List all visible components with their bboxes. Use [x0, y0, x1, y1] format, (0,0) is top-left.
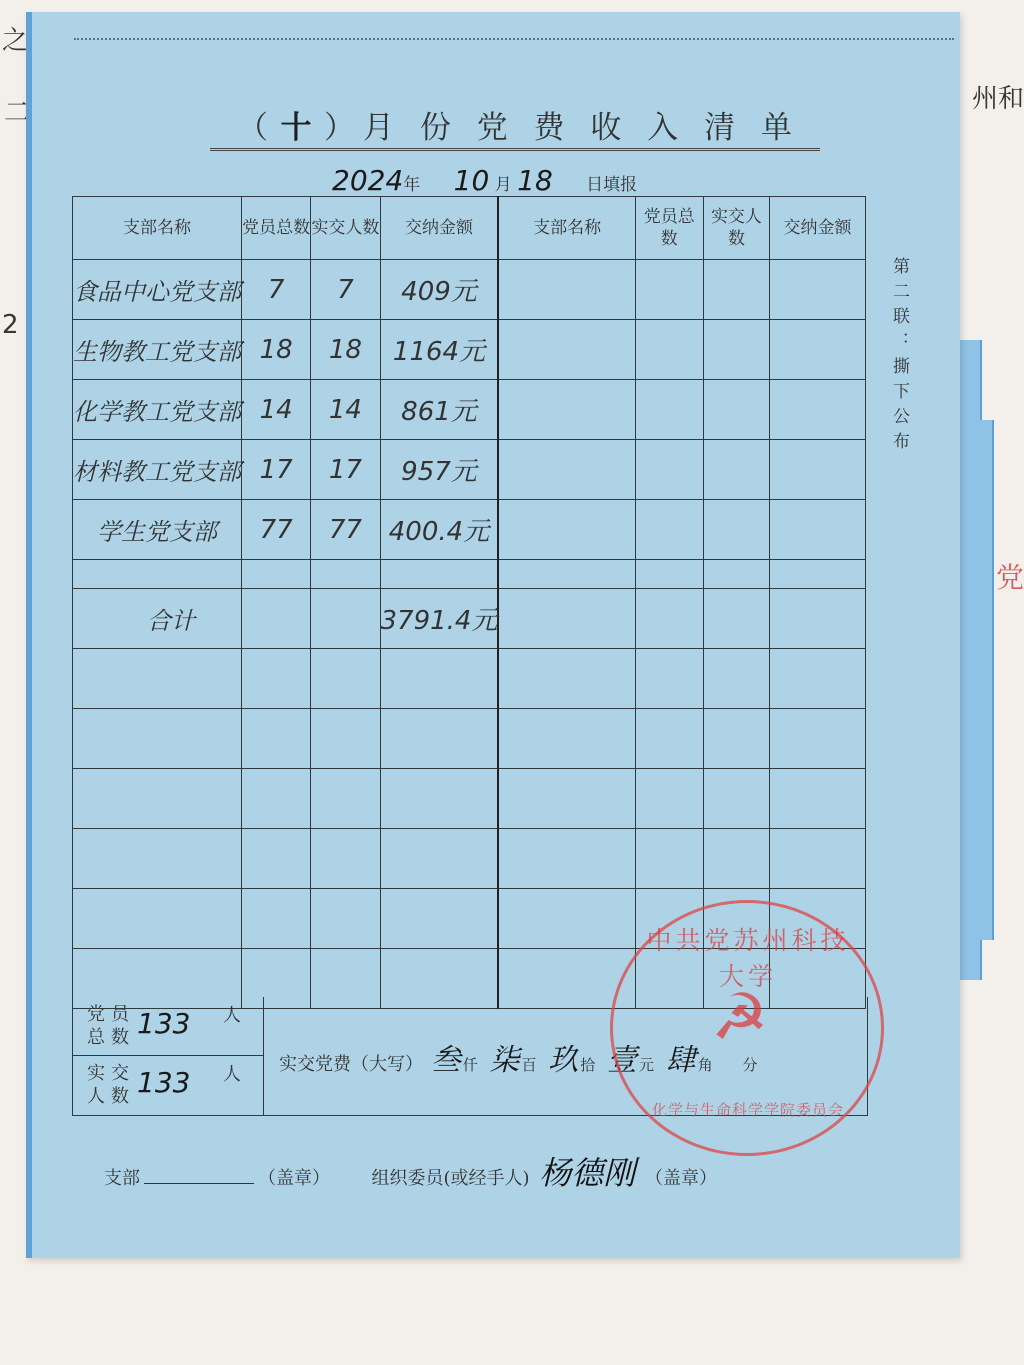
empty-cell — [770, 829, 866, 889]
member-total-value: 133 — [137, 1007, 190, 1040]
summary-box: 党员总数 133 人 实交人数 133 人 实交党费（大写） 叁仟 柒百 玖拾 … — [72, 997, 868, 1116]
empty-cell — [635, 769, 703, 829]
summary-member-total: 党员总数 133 人 — [73, 997, 263, 1056]
empty-cell — [770, 889, 866, 949]
amount-digit: 壹 — [607, 1043, 637, 1078]
table-row — [73, 649, 866, 709]
signature: 杨德刚 — [539, 1154, 635, 1192]
row-paid: 14 — [311, 380, 380, 440]
form-title: （十）月 份 党 费 收 入 清 单 — [237, 102, 800, 147]
empty-cell — [770, 589, 866, 649]
row-total: 18 — [242, 320, 311, 380]
header-member-total-right: 党员总数 — [635, 197, 703, 260]
table-row: 食品中心党支部 7 7 409元 — [73, 260, 866, 320]
empty-cell — [703, 260, 769, 320]
empty-cell — [498, 560, 635, 589]
summary-counts: 党员总数 133 人 实交人数 133 人 — [73, 997, 264, 1115]
row-total: 77 — [242, 500, 311, 560]
empty-cell — [770, 380, 866, 440]
header-branch-name-right: 支部名称 — [498, 197, 635, 260]
empty-cell — [635, 560, 703, 589]
branch-blank-line — [144, 1167, 254, 1184]
empty-cell — [498, 320, 635, 380]
empty-cell — [770, 320, 866, 380]
row-paid: 7 — [311, 260, 380, 320]
header-branch-name: 支部名称 — [73, 197, 242, 260]
perforation-line — [74, 38, 954, 40]
member-total-unit: 人 — [223, 1001, 241, 1027]
empty-cell — [73, 829, 242, 889]
empty-cell — [498, 889, 635, 949]
total-label: 合计 — [73, 589, 242, 649]
table-row: 生物教工党支部 18 18 1164元 — [73, 320, 866, 380]
empty-cell — [311, 589, 380, 649]
paid-count-label: 实交人数 — [87, 1062, 135, 1108]
empty-cell — [703, 829, 769, 889]
empty-cell — [703, 649, 769, 709]
row-total: 7 — [242, 260, 311, 320]
empty-cell — [770, 500, 866, 560]
empty-cell — [703, 440, 769, 500]
empty-cell — [770, 440, 866, 500]
fill-date: 2024年 10 月 18 日填报 — [332, 164, 637, 197]
row-paid: 18 — [311, 320, 380, 380]
total-amount: 3791.4元 — [380, 589, 498, 649]
empty-cell — [770, 649, 866, 709]
row-amount: 409元 — [380, 260, 498, 320]
empty-cell — [380, 560, 498, 589]
branch-label: 支部 — [104, 1168, 140, 1189]
row-branch: 学生党支部 — [73, 500, 242, 560]
total-row: 合计 3791.4元 — [73, 589, 866, 649]
empty-cell — [311, 649, 380, 709]
empty-cell — [770, 769, 866, 829]
form-footer: 支部（盖章） 组织委员(或经手人) 杨德刚 （盖章） — [104, 1148, 717, 1194]
empty-cell — [73, 709, 242, 769]
empty-cell — [498, 709, 635, 769]
empty-cell — [703, 500, 769, 560]
background-note-right: 州和 — [972, 78, 1024, 115]
table-row — [73, 889, 866, 949]
copy-label: 第二联：撕下公布 — [882, 257, 912, 457]
header-amount: 交纳金额 — [380, 197, 498, 260]
empty-cell — [703, 320, 769, 380]
row-paid: 17 — [311, 440, 380, 500]
row-paid: 77 — [311, 500, 380, 560]
empty-cell — [311, 709, 380, 769]
table-row: 材料教工党支部 17 17 957元 — [73, 440, 866, 500]
row-branch: 材料教工党支部 — [73, 440, 242, 500]
empty-cell — [703, 709, 769, 769]
header-amount-right: 交纳金额 — [770, 197, 866, 260]
empty-cell — [73, 649, 242, 709]
empty-cell — [770, 260, 866, 320]
date-month-label: 月 — [495, 175, 512, 195]
empty-cell — [242, 589, 311, 649]
empty-cell — [635, 889, 703, 949]
empty-cell — [380, 709, 498, 769]
empty-cell — [311, 829, 380, 889]
empty-cell — [498, 589, 635, 649]
empty-cell — [635, 589, 703, 649]
row-branch: 食品中心党支部 — [73, 260, 242, 320]
empty-cell — [635, 500, 703, 560]
empty-cell — [635, 440, 703, 500]
amount-unit: 元 — [639, 1056, 654, 1074]
empty-cell — [242, 709, 311, 769]
empty-cell — [703, 380, 769, 440]
table-row: 化学教工党支部 14 14 861元 — [73, 380, 866, 440]
committee-seal-label: （盖章） — [645, 1168, 717, 1189]
row-total: 14 — [242, 380, 311, 440]
background-note-left-1: 之 — [2, 20, 28, 57]
title-month-handwritten: 十 — [276, 102, 324, 147]
date-year: 2024 — [332, 164, 403, 197]
amount-unit: 分 — [742, 1056, 757, 1074]
empty-cell — [635, 829, 703, 889]
header-paid-count-right: 实交人数 — [703, 197, 769, 260]
amount-unit: 百 — [521, 1056, 536, 1074]
empty-cell — [311, 769, 380, 829]
title-suffix: ）月 份 党 费 收 入 清 单 — [324, 110, 800, 146]
empty-cell — [635, 709, 703, 769]
date-year-label: 年 — [403, 175, 420, 195]
date-month: 10 — [454, 164, 490, 197]
amount-in-words: 实交党费（大写） 叁仟 柒百 玖拾 壹元 肆角 分 — [279, 1035, 762, 1079]
empty-cell — [498, 769, 635, 829]
empty-cell — [311, 889, 380, 949]
amount-digit: 叁 — [431, 1043, 461, 1078]
row-amount: 1164元 — [380, 320, 498, 380]
empty-cell — [498, 440, 635, 500]
empty-cell — [73, 560, 242, 589]
empty-cell — [498, 260, 635, 320]
background-note-left-3: 2 — [2, 310, 19, 340]
table-header-row: 支部名称 党员总数 实交人数 交纳金额 支部名称 党员总数 实交人数 交纳金额 — [73, 197, 866, 260]
background-stamp-fragment: 党 — [996, 556, 1024, 596]
empty-cell — [242, 769, 311, 829]
amount-unit: 仟 — [463, 1056, 478, 1074]
table-row — [73, 769, 866, 829]
summary-paid-count: 实交人数 133 人 — [73, 1056, 263, 1114]
empty-cell — [635, 649, 703, 709]
empty-cell — [770, 560, 866, 589]
empty-cell — [635, 260, 703, 320]
amount-words-label: 实交党费（大写） — [279, 1054, 423, 1075]
header-member-total: 党员总数 — [242, 197, 311, 260]
empty-cell — [242, 829, 311, 889]
empty-cell — [635, 320, 703, 380]
empty-cell — [242, 560, 311, 589]
row-total: 17 — [242, 440, 311, 500]
title-underline — [210, 148, 820, 151]
title-prefix: （ — [237, 110, 276, 146]
empty-cell — [380, 829, 498, 889]
paid-count-unit: 人 — [223, 1060, 241, 1086]
row-amount: 861元 — [380, 380, 498, 440]
dues-table: 支部名称 党员总数 实交人数 交纳金额 支部名称 党员总数 实交人数 交纳金额 … — [72, 196, 866, 1009]
empty-cell — [703, 769, 769, 829]
empty-cell — [242, 649, 311, 709]
row-amount: 400.4元 — [380, 500, 498, 560]
date-day-label: 日填报 — [586, 175, 637, 195]
table-row: 学生党支部 77 77 400.4元 — [73, 500, 866, 560]
table-row — [73, 709, 866, 769]
empty-cell — [703, 560, 769, 589]
row-branch: 生物教工党支部 — [73, 320, 242, 380]
row-amount: 957元 — [380, 440, 498, 500]
table-row — [73, 560, 866, 589]
table-row — [73, 829, 866, 889]
member-total-label: 党员总数 — [87, 1003, 135, 1049]
amount-digit: 肆 — [666, 1043, 696, 1078]
empty-cell — [635, 380, 703, 440]
empty-cell — [380, 649, 498, 709]
row-branch: 化学教工党支部 — [73, 380, 242, 440]
empty-cell — [498, 500, 635, 560]
branch-seal-label: （盖章） — [258, 1168, 330, 1189]
empty-cell — [498, 380, 635, 440]
empty-cell — [242, 889, 311, 949]
empty-cell — [311, 560, 380, 589]
amount-digit: 柒 — [489, 1043, 519, 1078]
amount-unit: 角 — [698, 1056, 713, 1074]
amount-digit: 玖 — [548, 1043, 578, 1078]
paid-count-value: 133 — [137, 1066, 190, 1099]
empty-cell — [380, 889, 498, 949]
empty-cell — [703, 889, 769, 949]
amount-unit: 拾 — [580, 1056, 595, 1074]
committee-label: 组织委员(或经手人) — [371, 1168, 529, 1189]
form-sheet: （十）月 份 党 费 收 入 清 单 2024年 10 月 18 日填报 支部名… — [26, 12, 960, 1258]
empty-cell — [703, 589, 769, 649]
empty-cell — [380, 769, 498, 829]
empty-cell — [770, 709, 866, 769]
date-day: 18 — [517, 164, 553, 197]
header-paid-count: 实交人数 — [311, 197, 380, 260]
empty-cell — [498, 649, 635, 709]
empty-cell — [73, 889, 242, 949]
empty-cell — [498, 829, 635, 889]
empty-cell — [73, 769, 242, 829]
